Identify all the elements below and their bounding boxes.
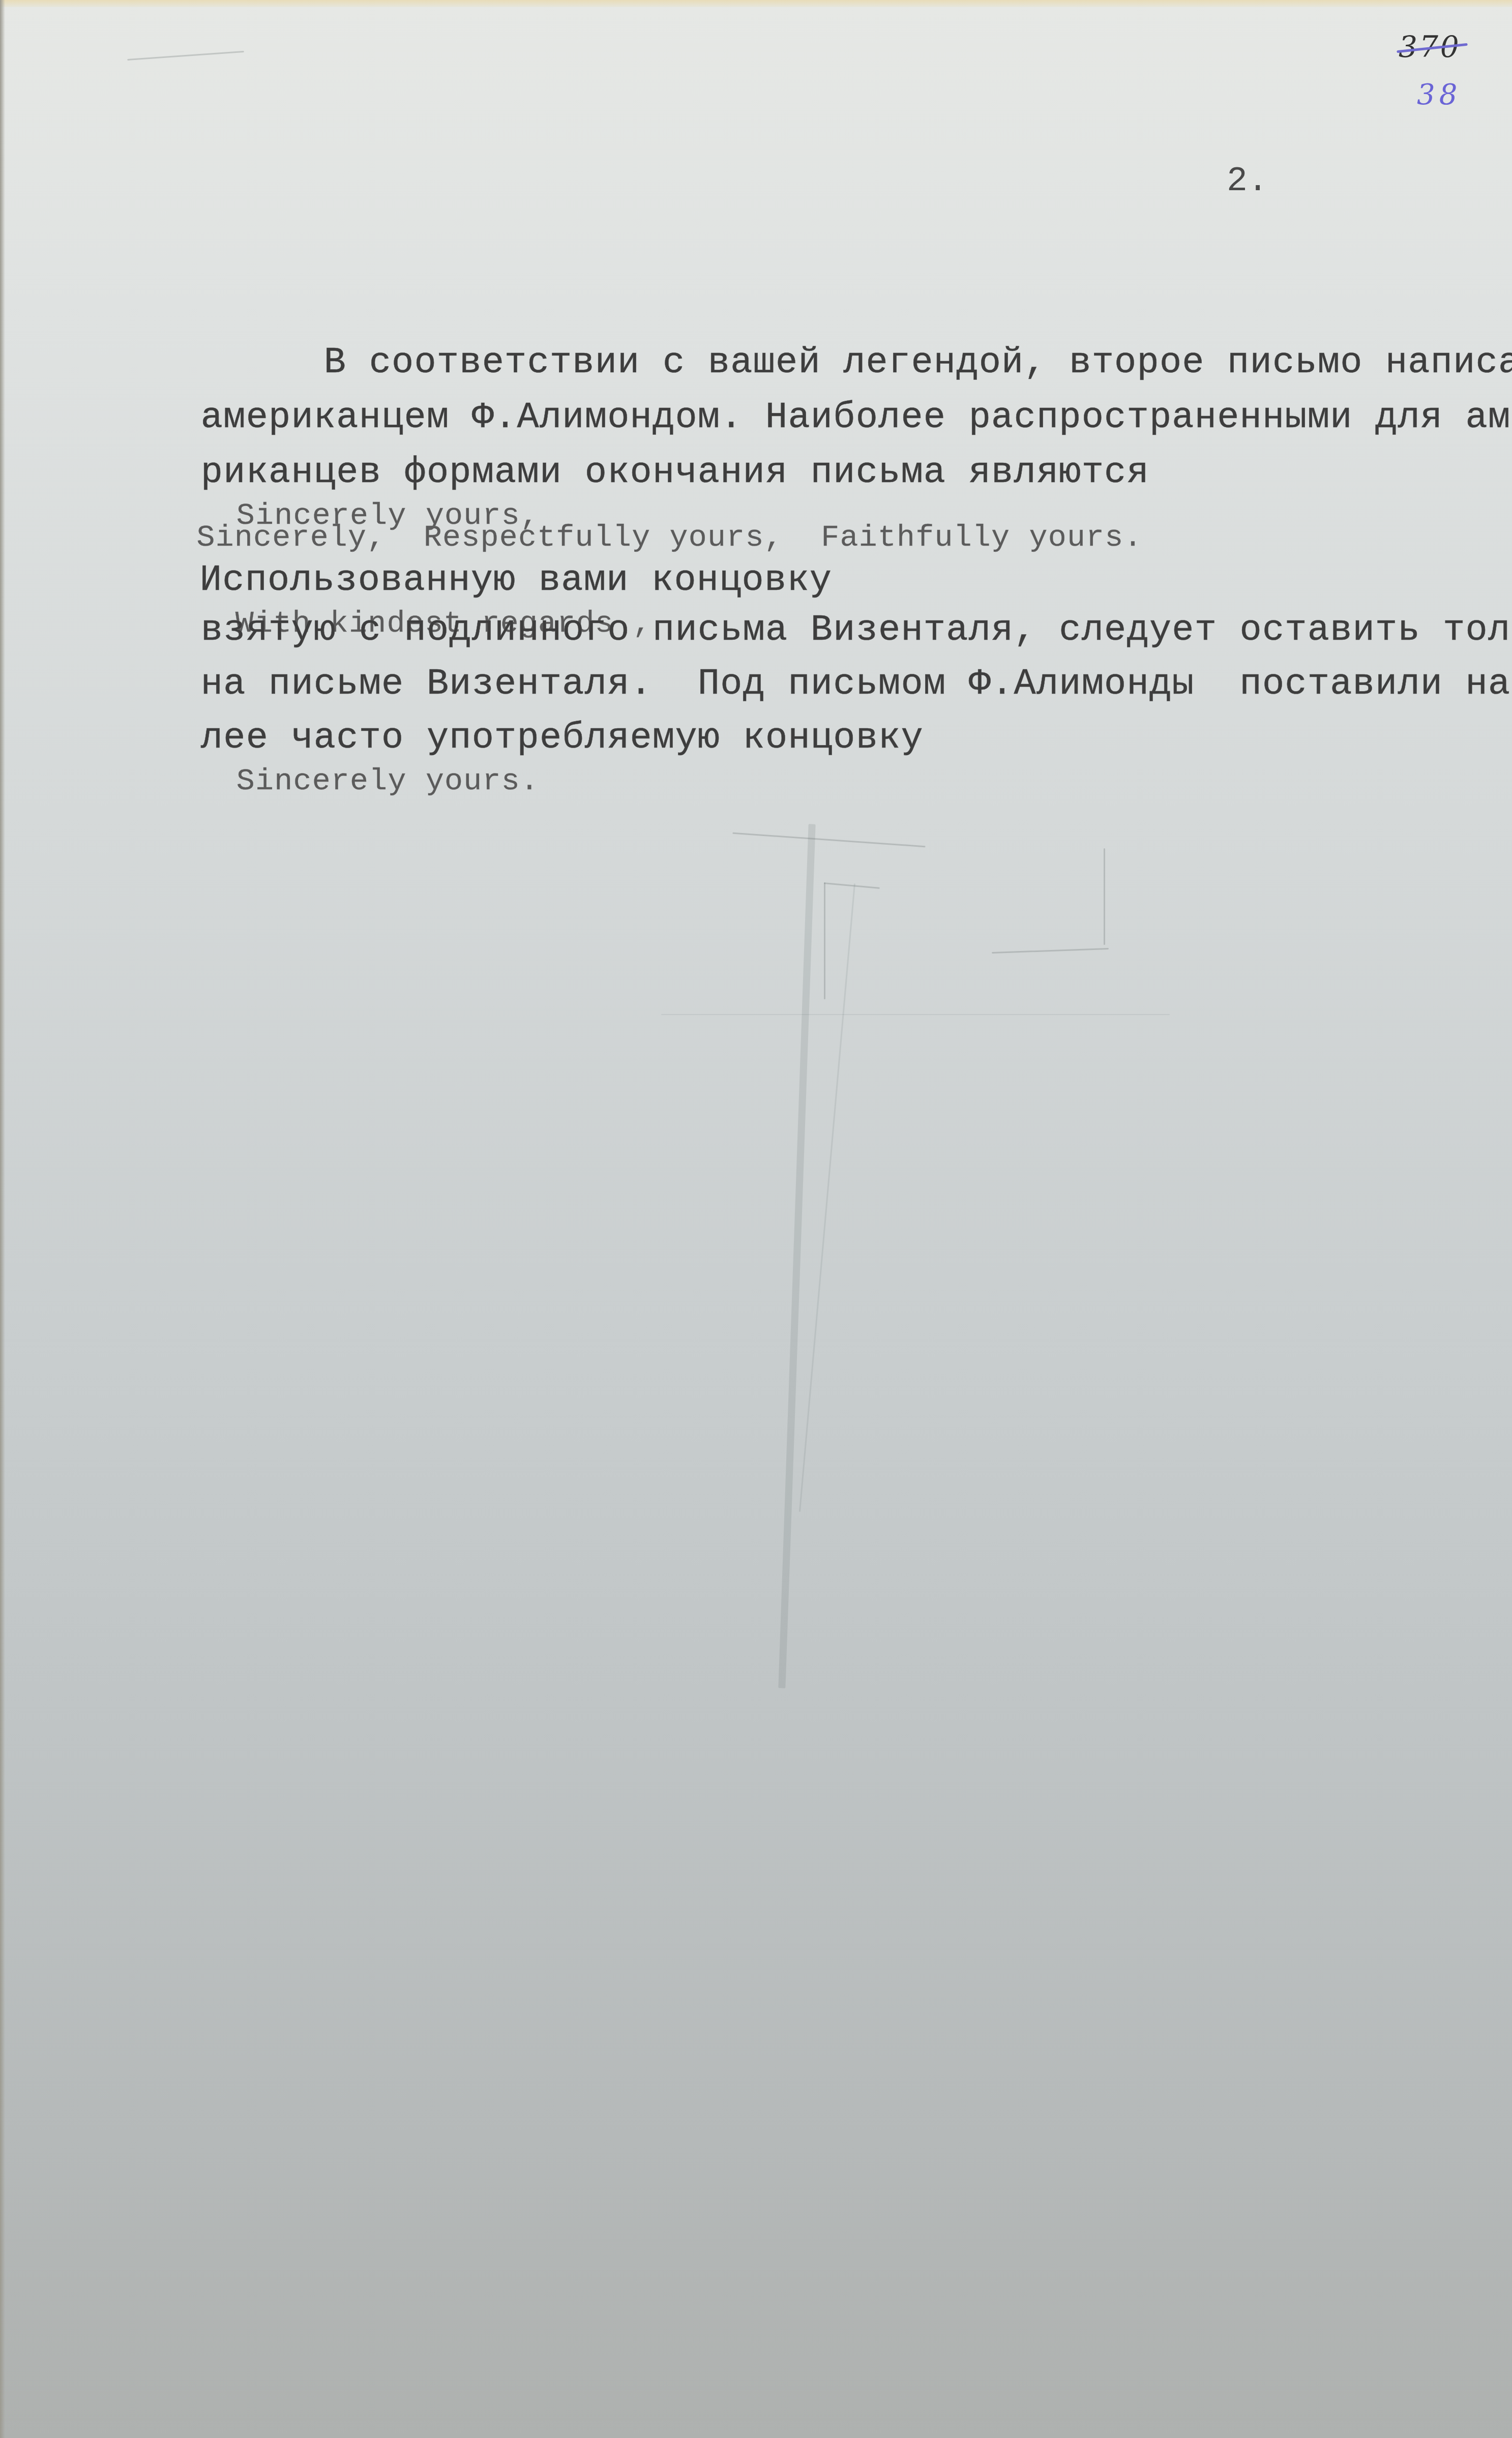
paper-top-edge	[0, 0, 1512, 7]
paper-crease	[824, 882, 825, 999]
text-line-8: лее часто употребляемую концовку Sincere…	[156, 675, 924, 800]
paper-crease	[732, 833, 925, 848]
paper-crease	[992, 948, 1109, 954]
paper-crease	[778, 824, 815, 1688]
archive-folio-number: 370 38	[1399, 29, 1490, 111]
paper-crease	[824, 882, 880, 889]
text-en: Sincerely yours.	[236, 764, 539, 799]
text-ru: лее часто употребляемую концовку	[201, 717, 924, 759]
paper-crease	[127, 51, 244, 61]
paper-crease	[661, 1014, 1170, 1015]
paper-left-edge	[0, 0, 5, 2438]
page-number: 2.	[1227, 162, 1268, 201]
folio-new-number: 38	[1417, 78, 1461, 111]
paper-crease	[1104, 848, 1105, 945]
